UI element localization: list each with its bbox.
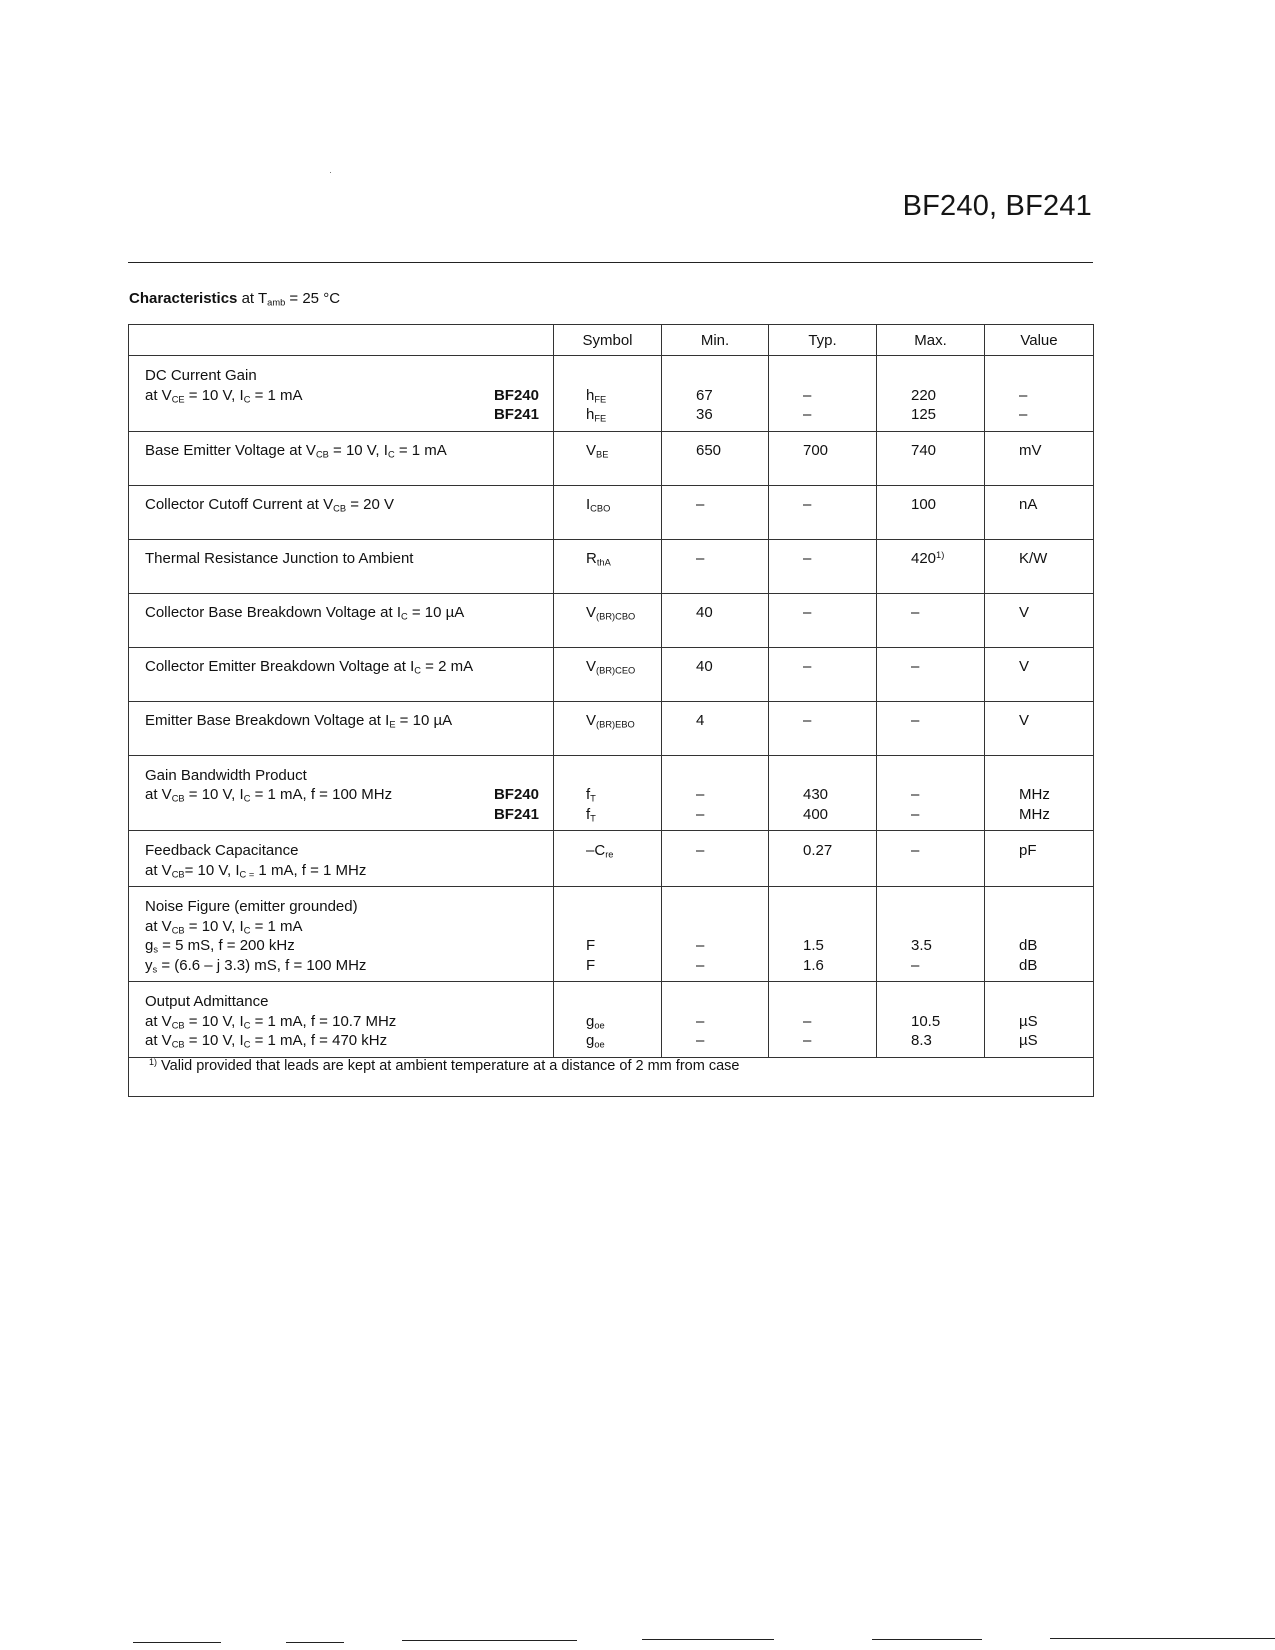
description-line: Collector Base Breakdown Voltage at IC =… xyxy=(145,603,539,623)
max-cell: 100 xyxy=(877,485,985,539)
value-value: MHz xyxy=(985,785,1093,805)
symbol-cell: FF xyxy=(554,887,662,982)
symbol-value: V(BR)CEO xyxy=(554,657,661,677)
min-cell: 40 xyxy=(662,647,769,701)
parameter-description: Collector Cutoff Current at VCB = 20 V xyxy=(129,485,554,539)
typ-cell: – xyxy=(769,701,877,755)
max-value: – xyxy=(877,657,984,677)
value-cell: µSµS xyxy=(985,982,1094,1058)
col-header-value: Value xyxy=(985,325,1094,356)
description-line: at VCE = 10 V, IC = 1 mA xyxy=(145,386,539,406)
min-value: 67 xyxy=(662,386,768,406)
symbol-cell: goegoe xyxy=(554,982,662,1058)
parameter-description: Collector Base Breakdown Voltage at IC =… xyxy=(129,593,554,647)
parameter-description: Noise Figure (emitter grounded)at VCB = … xyxy=(129,887,554,982)
variant-label: BF240 xyxy=(494,785,539,805)
max-value: 10.5 xyxy=(877,1012,984,1032)
footnote-text: Valid provided that leads are kept at am… xyxy=(157,1058,739,1074)
symbol-cell: ICBO xyxy=(554,485,662,539)
caption-sub: amb xyxy=(267,298,285,308)
symbol-value: F xyxy=(554,936,661,956)
symbol-value: ICBO xyxy=(554,495,661,515)
value-value: MHz xyxy=(985,805,1093,825)
symbol-cell: –Cre xyxy=(554,831,662,887)
description-line: Noise Figure (emitter grounded) xyxy=(145,897,539,917)
description-line: Feedback Capacitance xyxy=(145,841,539,861)
symbol-value: hFE xyxy=(554,405,661,425)
value-value: V xyxy=(985,711,1093,731)
min-value: – xyxy=(662,549,768,569)
table-row: Output Admittanceat VCB = 10 V, IC = 1 m… xyxy=(129,982,1094,1058)
device-variants: BF240BF241 xyxy=(494,386,539,425)
description-line: at VCB = 10 V, IC = 1 mA, f = 100 MHz xyxy=(145,785,539,805)
table-row: Gain Bandwidth Productat VCB = 10 V, IC … xyxy=(129,755,1094,831)
col-header-symbol: Symbol xyxy=(554,325,662,356)
symbol-value: RthA xyxy=(554,549,661,569)
typ-value: – xyxy=(769,1012,876,1032)
min-value: 4 xyxy=(662,711,768,731)
description-line: Base Emitter Voltage at VCB = 10 V, IC =… xyxy=(145,441,539,461)
typ-cell: –– xyxy=(769,356,877,432)
description-line: at VCB = 10 V, IC = 1 mA, f = 470 kHz xyxy=(145,1031,539,1051)
min-value: – xyxy=(662,1031,768,1051)
table-row: Base Emitter Voltage at VCB = 10 V, IC =… xyxy=(129,431,1094,485)
symbol-value: V(BR)EBO xyxy=(554,711,661,731)
symbol-value: goe xyxy=(554,1031,661,1051)
max-value: – xyxy=(877,603,984,623)
min-value: – xyxy=(662,841,768,861)
value-value: mV xyxy=(985,441,1093,461)
typ-cell: 430400 xyxy=(769,755,877,831)
symbol-value: VBE xyxy=(554,441,661,461)
max-value: – xyxy=(877,956,984,976)
description-line: at VCB = 10 V, IC = 1 mA xyxy=(145,917,539,937)
parameter-description: Thermal Resistance Junction to Ambient xyxy=(129,539,554,593)
typ-value: 400 xyxy=(769,805,876,825)
variant-label: BF241 xyxy=(494,805,539,825)
typ-value: 1.5 xyxy=(769,936,876,956)
min-value: – xyxy=(662,805,768,825)
col-header-description xyxy=(129,325,554,356)
footnote-row: 1) Valid provided that leads are kept at… xyxy=(129,1057,1094,1096)
max-cell: 10.58.3 xyxy=(877,982,985,1058)
value-cell: pF xyxy=(985,831,1094,887)
scan-artifact xyxy=(872,1639,982,1640)
value-cell: nA xyxy=(985,485,1094,539)
symbol-value: F xyxy=(554,956,661,976)
value-cell: –– xyxy=(985,356,1094,432)
scan-speck xyxy=(330,172,331,173)
max-cell: – xyxy=(877,647,985,701)
min-cell: –– xyxy=(662,755,769,831)
symbol-cell: V(BR)CBO xyxy=(554,593,662,647)
value-cell: V xyxy=(985,647,1094,701)
caption-bold: Characteristics xyxy=(129,290,237,307)
value-value: V xyxy=(985,603,1093,623)
typ-value: – xyxy=(769,495,876,515)
value-value: dB xyxy=(985,936,1093,956)
parameter-description: Feedback Capacitanceat VCB= 10 V, IC = 1… xyxy=(129,831,554,887)
typ-value: – xyxy=(769,405,876,425)
symbol-value: fT xyxy=(554,785,661,805)
typ-value: – xyxy=(769,1031,876,1051)
description-line: gs = 5 mS, f = 200 kHz xyxy=(145,936,539,956)
typ-cell: – xyxy=(769,485,877,539)
min-value: – xyxy=(662,495,768,515)
min-cell: 4 xyxy=(662,701,769,755)
parameter-description: Collector Emitter Breakdown Voltage at I… xyxy=(129,647,554,701)
characteristics-table: Symbol Min. Typ. Max. Value DC Current G… xyxy=(128,324,1094,1097)
description-line: ys = (6.6 – j 3.3) mS, f = 100 MHz xyxy=(145,956,539,976)
min-value: – xyxy=(662,1012,768,1032)
typ-value: 700 xyxy=(769,441,876,461)
max-value: 220 xyxy=(877,386,984,406)
symbol-cell: VBE xyxy=(554,431,662,485)
col-header-typ: Typ. xyxy=(769,325,877,356)
description-line: Emitter Base Breakdown Voltage at IE = 1… xyxy=(145,711,539,731)
min-cell: – xyxy=(662,539,769,593)
table-caption: Characteristics at Tamb = 25 °C xyxy=(129,290,340,307)
value-value: pF xyxy=(985,841,1093,861)
min-cell: – xyxy=(662,485,769,539)
min-value: 40 xyxy=(662,657,768,677)
footnote: 1) Valid provided that leads are kept at… xyxy=(129,1057,1094,1096)
value-cell: V xyxy=(985,593,1094,647)
max-value: 3.5 xyxy=(877,936,984,956)
table-row: Emitter Base Breakdown Voltage at IE = 1… xyxy=(129,701,1094,755)
symbol-cell: fTfT xyxy=(554,755,662,831)
max-cell: –– xyxy=(877,755,985,831)
col-header-max: Max. xyxy=(877,325,985,356)
caption-prefix: at T xyxy=(237,290,267,307)
description-line: Collector Cutoff Current at VCB = 20 V xyxy=(145,495,539,515)
scan-artifact xyxy=(402,1640,577,1641)
table-body: DC Current Gainat VCE = 10 V, IC = 1 mAB… xyxy=(129,356,1094,1058)
typ-value: 430 xyxy=(769,785,876,805)
value-value: – xyxy=(985,405,1093,425)
max-value: 100 xyxy=(877,495,984,515)
table-header-row: Symbol Min. Typ. Max. Value xyxy=(129,325,1094,356)
typ-value: – xyxy=(769,603,876,623)
min-value: 40 xyxy=(662,603,768,623)
min-cell: 650 xyxy=(662,431,769,485)
value-cell: MHzMHz xyxy=(985,755,1094,831)
typ-value: – xyxy=(769,386,876,406)
max-cell: – xyxy=(877,701,985,755)
typ-cell: – xyxy=(769,539,877,593)
parameter-description: Base Emitter Voltage at VCB = 10 V, IC =… xyxy=(129,431,554,485)
max-cell: 3.5– xyxy=(877,887,985,982)
typ-cell: 0.27 xyxy=(769,831,877,887)
table-row: DC Current Gainat VCE = 10 V, IC = 1 mAB… xyxy=(129,356,1094,432)
typ-value: – xyxy=(769,549,876,569)
min-value: 36 xyxy=(662,405,768,425)
typ-cell: 700 xyxy=(769,431,877,485)
max-cell: 740 xyxy=(877,431,985,485)
typ-cell: – xyxy=(769,593,877,647)
table-row: Feedback Capacitanceat VCB= 10 V, IC = 1… xyxy=(129,831,1094,887)
page-title: BF240, BF241 xyxy=(903,190,1092,223)
value-value: µS xyxy=(985,1031,1093,1051)
min-value: 650 xyxy=(662,441,768,461)
device-variants: BF240BF241 xyxy=(494,785,539,824)
symbol-cell: V(BR)EBO xyxy=(554,701,662,755)
typ-value: – xyxy=(769,711,876,731)
value-cell: dBdB xyxy=(985,887,1094,982)
scan-artifact xyxy=(642,1639,774,1640)
max-cell: – xyxy=(877,831,985,887)
description-line: Thermal Resistance Junction to Ambient xyxy=(145,549,539,569)
header-rule xyxy=(128,262,1093,263)
max-value: 8.3 xyxy=(877,1031,984,1051)
min-cell: –– xyxy=(662,887,769,982)
typ-cell: – xyxy=(769,647,877,701)
parameter-description: Output Admittanceat VCB = 10 V, IC = 1 m… xyxy=(129,982,554,1058)
max-cell: 220125 xyxy=(877,356,985,432)
col-header-min: Min. xyxy=(662,325,769,356)
typ-value: – xyxy=(769,657,876,677)
max-value: – xyxy=(877,785,984,805)
typ-value: 1.6 xyxy=(769,956,876,976)
min-value: – xyxy=(662,936,768,956)
symbol-cell: V(BR)CEO xyxy=(554,647,662,701)
value-value: nA xyxy=(985,495,1093,515)
min-cell: 40 xyxy=(662,593,769,647)
max-value: – xyxy=(877,805,984,825)
value-cell: mV xyxy=(985,431,1094,485)
description-line: Output Admittance xyxy=(145,992,539,1012)
min-cell: – xyxy=(662,831,769,887)
table-row: Collector Emitter Breakdown Voltage at I… xyxy=(129,647,1094,701)
description-line: at VCB = 10 V, IC = 1 mA, f = 10.7 MHz xyxy=(145,1012,539,1032)
value-value: µS xyxy=(985,1012,1093,1032)
symbol-value: –Cre xyxy=(554,841,661,861)
typ-value: 0.27 xyxy=(769,841,876,861)
symbol-value: fT xyxy=(554,805,661,825)
description-line: at VCB= 10 V, IC = 1 mA, f = 1 MHz xyxy=(145,861,539,881)
max-value: 740 xyxy=(877,441,984,461)
typ-cell: –– xyxy=(769,982,877,1058)
description-line: Gain Bandwidth Product xyxy=(145,766,539,786)
symbol-cell: RthA xyxy=(554,539,662,593)
symbol-value: V(BR)CBO xyxy=(554,603,661,623)
max-value: – xyxy=(877,841,984,861)
parameter-description: Emitter Base Breakdown Voltage at IE = 1… xyxy=(129,701,554,755)
typ-cell: 1.51.6 xyxy=(769,887,877,982)
footnote-mark: 1) xyxy=(149,1057,157,1067)
variant-label: BF241 xyxy=(494,405,539,425)
scan-artifact xyxy=(133,1642,221,1643)
symbol-cell: hFEhFE xyxy=(554,356,662,432)
value-value: K/W xyxy=(985,549,1093,569)
value-cell: V xyxy=(985,701,1094,755)
min-cell: 6736 xyxy=(662,356,769,432)
variant-label: BF240 xyxy=(494,386,539,406)
max-value: 4201) xyxy=(877,549,984,569)
description-line: DC Current Gain xyxy=(145,366,539,386)
parameter-description: DC Current Gainat VCE = 10 V, IC = 1 mAB… xyxy=(129,356,554,432)
min-cell: –– xyxy=(662,982,769,1058)
max-value: 125 xyxy=(877,405,984,425)
scan-artifact xyxy=(286,1642,344,1643)
max-cell: – xyxy=(877,593,985,647)
value-value: V xyxy=(985,657,1093,677)
parameter-description: Gain Bandwidth Productat VCB = 10 V, IC … xyxy=(129,755,554,831)
table-row: Collector Base Breakdown Voltage at IC =… xyxy=(129,593,1094,647)
min-value: – xyxy=(662,785,768,805)
table-row: Noise Figure (emitter grounded)at VCB = … xyxy=(129,887,1094,982)
description-line: Collector Emitter Breakdown Voltage at I… xyxy=(145,657,539,677)
value-cell: K/W xyxy=(985,539,1094,593)
value-value: – xyxy=(985,386,1093,406)
symbol-value: hFE xyxy=(554,386,661,406)
max-value: – xyxy=(877,711,984,731)
table-row: Thermal Resistance Junction to AmbientRt… xyxy=(129,539,1094,593)
caption-suffix: = 25 °C xyxy=(285,290,340,307)
symbol-value: goe xyxy=(554,1012,661,1032)
min-value: – xyxy=(662,956,768,976)
scan-artifact xyxy=(1050,1638,1275,1639)
value-value: dB xyxy=(985,956,1093,976)
table-row: Collector Cutoff Current at VCB = 20 VIC… xyxy=(129,485,1094,539)
max-cell: 4201) xyxy=(877,539,985,593)
